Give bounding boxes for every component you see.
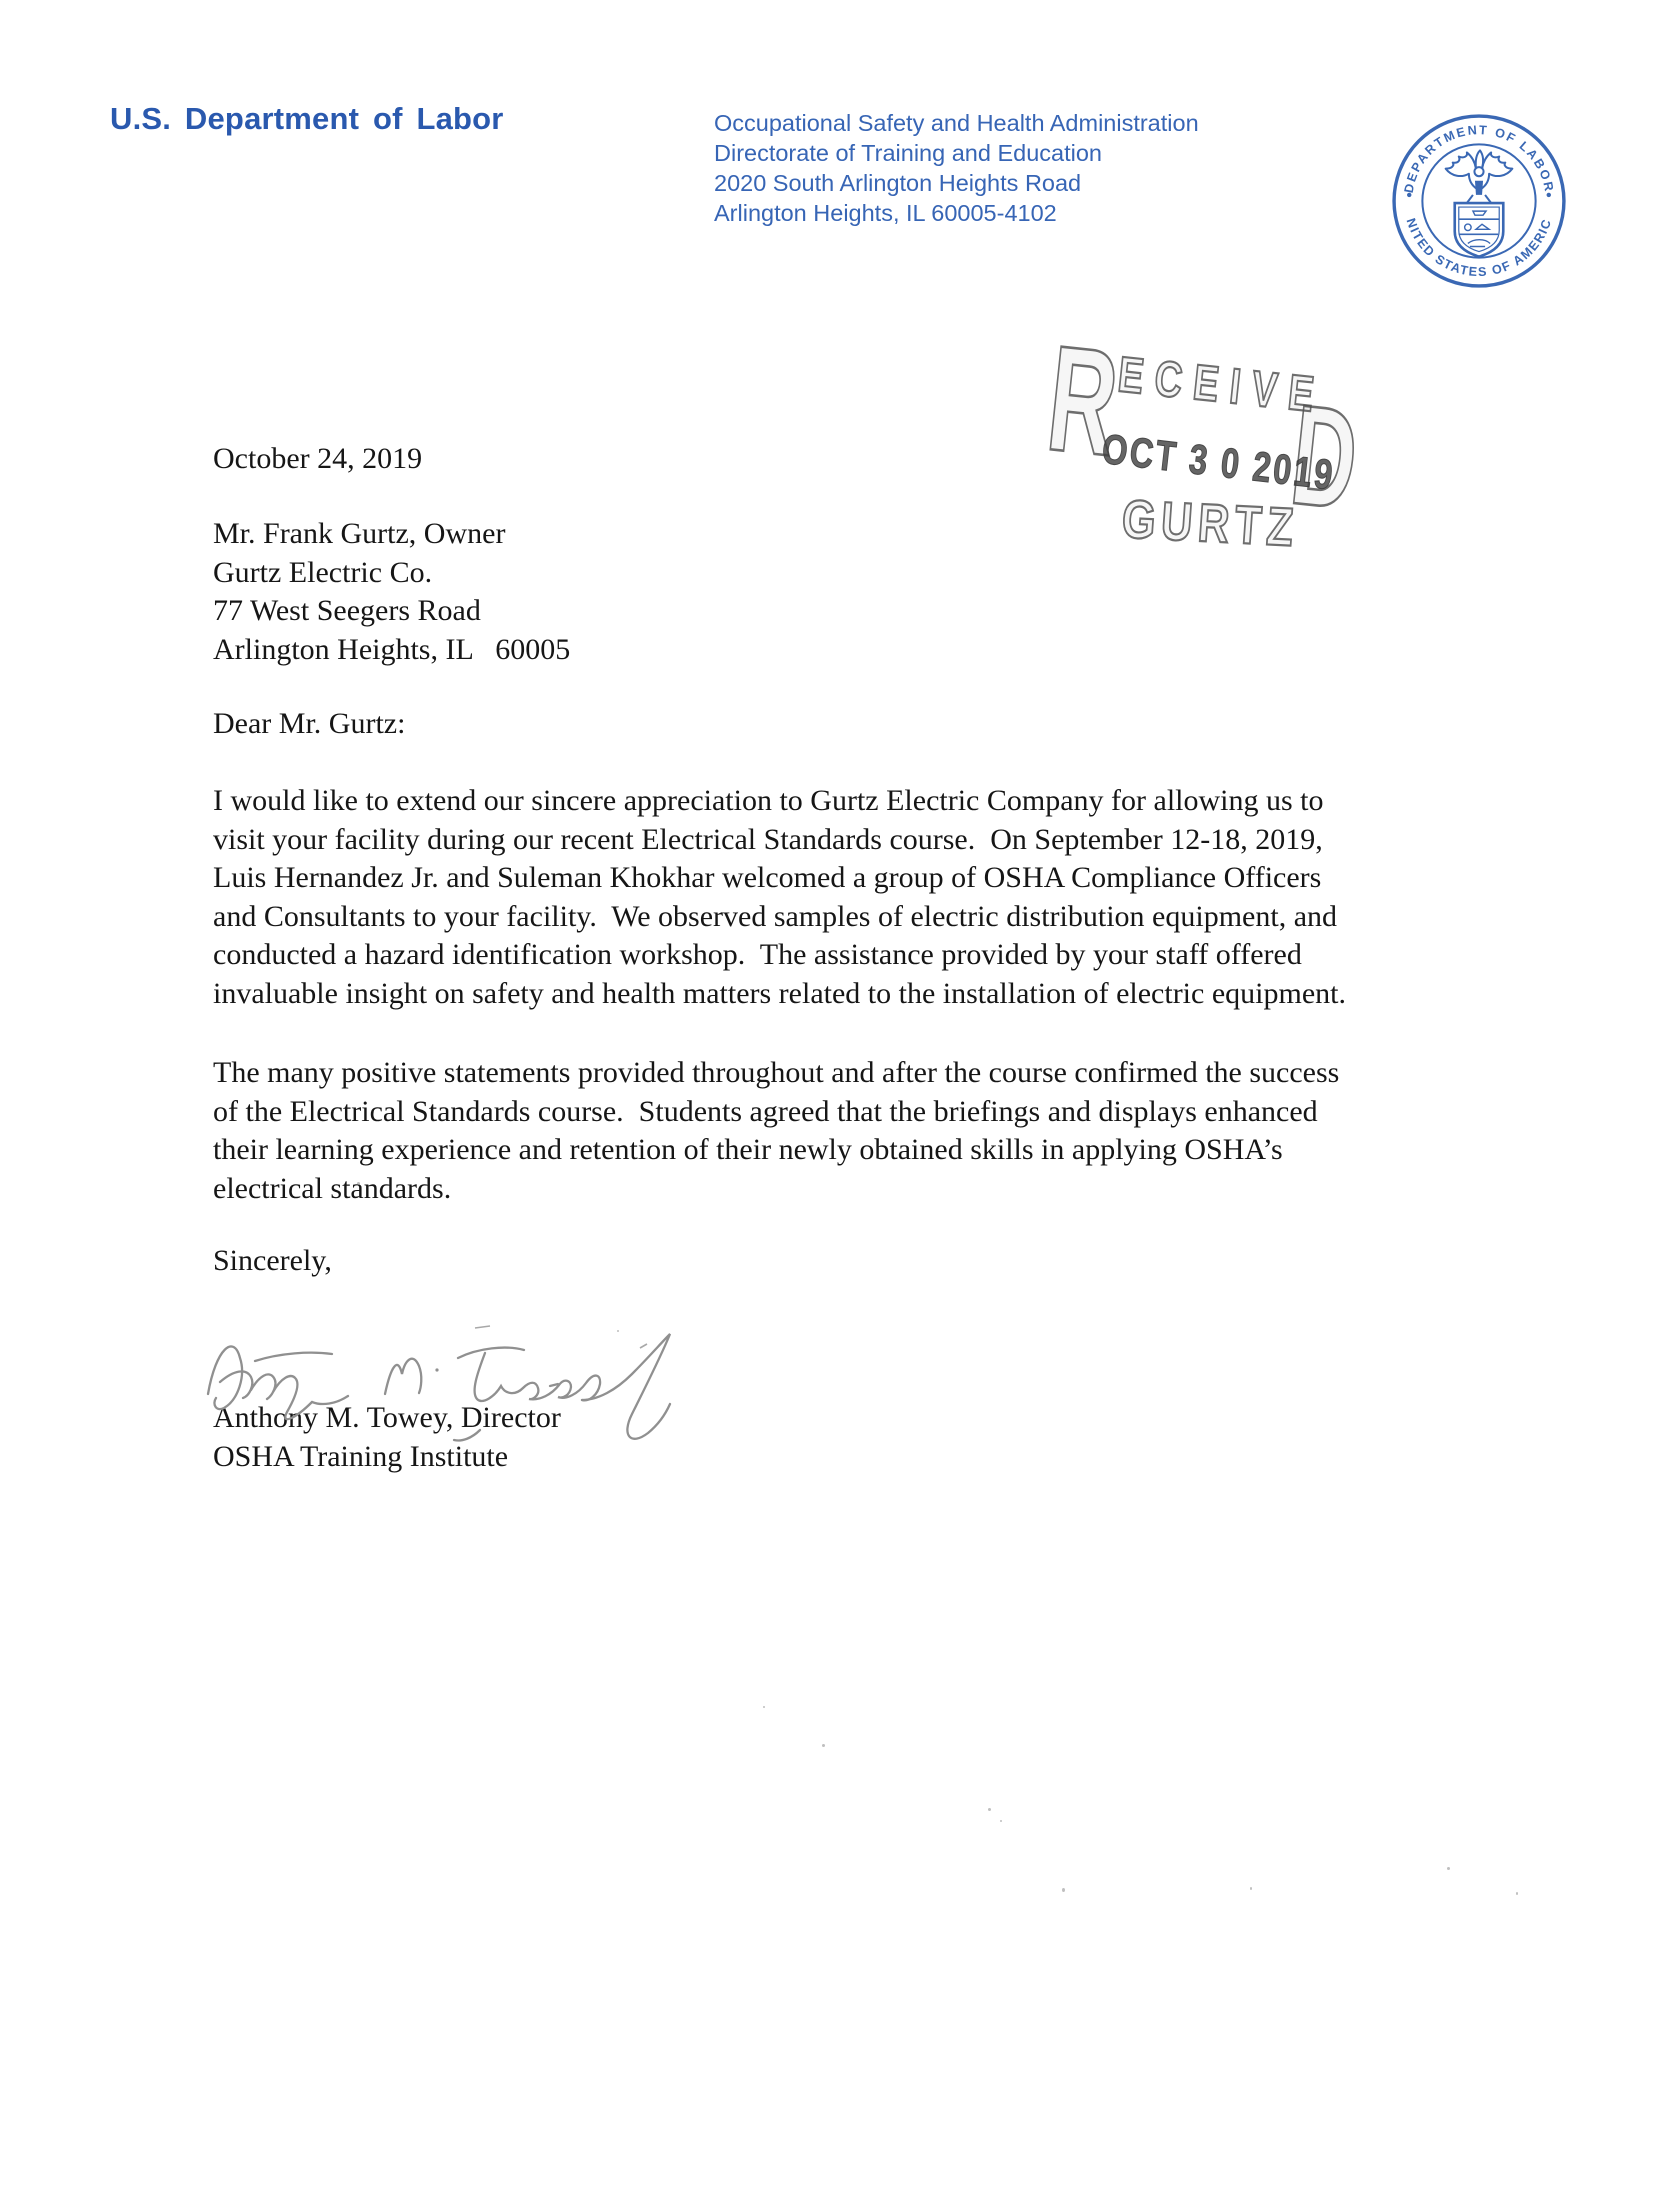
paragraph-line: I would like to extend our sincere appre… — [213, 782, 1346, 821]
recipient-line: Arlington Heights, IL 60005 — [213, 631, 570, 670]
agency-title: U.S. Department of Labor — [110, 101, 504, 137]
seal-separator-dot — [1407, 193, 1411, 197]
scan-speck — [1000, 1820, 1002, 1822]
seal-inner-ring — [1422, 144, 1535, 257]
scan-speck — [1516, 1892, 1518, 1895]
scan-speck — [822, 1744, 825, 1747]
paragraph-line: Luis Hernandez Jr. and Suleman Khokhar w… — [213, 859, 1346, 898]
letter-date: October 24, 2019 — [213, 440, 422, 479]
paragraph-line: electrical standards. — [213, 1170, 1339, 1209]
stamp-name: GURTZ — [1120, 492, 1300, 555]
paragraph-line: visit your facility during our recent El… — [213, 821, 1346, 860]
recipient-address-block: Mr. Frank Gurtz, Owner Gurtz Electric Co… — [213, 515, 570, 669]
dol-seal-icon: DEPARTMENT OF LABOR UNITED STATES OF AME… — [1388, 110, 1570, 292]
office-address-block: Occupational Safety and Health Administr… — [714, 108, 1199, 228]
scan-speck — [357, 1182, 360, 1185]
received-stamp: R ECEIVE D OCT 3 0 2019 GURTZ — [1033, 336, 1394, 590]
paragraph-line: and Consultants to your facility. We obs… — [213, 898, 1346, 937]
seal-outer-ring — [1394, 116, 1564, 286]
paragraph-1: I would like to extend our sincere appre… — [213, 782, 1346, 1013]
office-address-line: Arlington Heights, IL 60005-4102 — [714, 198, 1199, 228]
paragraph-line: The many positive statements provided th… — [213, 1054, 1339, 1093]
office-address-line: Occupational Safety and Health Administr… — [714, 108, 1199, 138]
paragraph-line: invaluable insight on safety and health … — [213, 975, 1346, 1014]
seal-shield-icon — [1455, 203, 1504, 257]
paragraph-line: their learning experience and retention … — [213, 1131, 1339, 1170]
scan-speck — [988, 1808, 991, 1811]
salutation: Dear Mr. Gurtz: — [213, 705, 405, 744]
scan-speck — [1250, 1887, 1252, 1890]
handwritten-signature — [200, 1298, 700, 1463]
seal-eagle-icon — [1446, 150, 1513, 203]
paragraph-line: of the Electrical Standards course. Stud… — [213, 1093, 1339, 1132]
seal-separator-dot — [1547, 193, 1551, 197]
stamp-word-eceive: ECEIVE — [1116, 349, 1328, 420]
scan-speck — [1062, 1888, 1065, 1892]
scanned-letter-page: U.S. Department of Labor Occupational Sa… — [0, 0, 1668, 2200]
closing: Sincerely, — [213, 1242, 332, 1281]
paragraph-line: conducted a hazard identification worksh… — [213, 936, 1346, 975]
recipient-line: 77 West Seegers Road — [213, 592, 570, 631]
office-address-line: Directorate of Training and Education — [714, 138, 1199, 168]
scan-speck — [763, 1706, 765, 1708]
office-address-line: 2020 South Arlington Heights Road — [714, 168, 1199, 198]
recipient-line: Gurtz Electric Co. — [213, 554, 570, 593]
paragraph-2: The many positive statements provided th… — [213, 1054, 1339, 1208]
scan-speck — [1447, 1867, 1450, 1870]
recipient-line: Mr. Frank Gurtz, Owner — [213, 515, 570, 554]
